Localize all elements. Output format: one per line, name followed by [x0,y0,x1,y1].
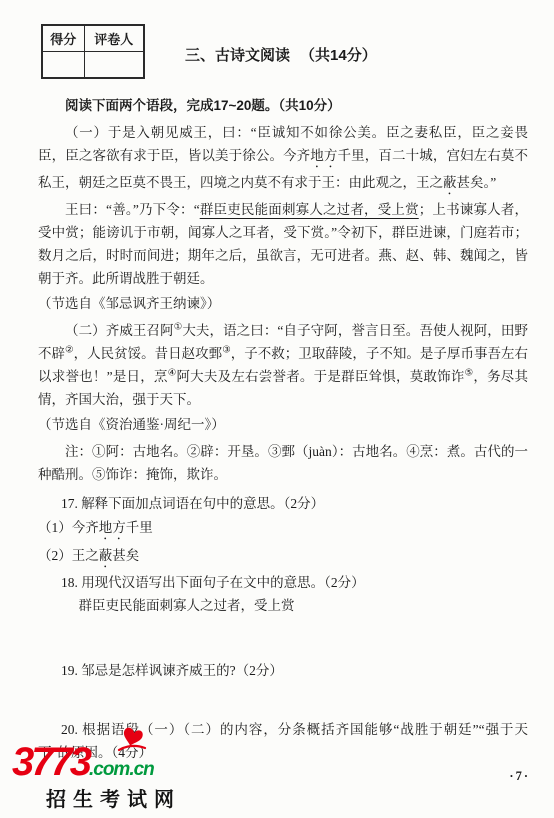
question-17-item-1: （1）今齐地方千里 [38,515,528,543]
passage-one: （一）于是入朝见威王，曰：“臣诚知不如徐公美。臣之妻私臣，臣之妾畏臣，臣之客欲有… [38,121,528,315]
heart-balloon-icon [116,724,150,759]
passage-two: （二）齐威王召阿①大夫，语之曰：“自子守阿，誉言日至。吾使人视阿，田野不辟②，人… [38,319,528,436]
passage-one-source: （节选自《邹忌讽齐王纳谏》） [38,292,528,315]
text-run: ，人民贫馁。昔日赵攻鄄 [74,346,223,361]
grader-label: 评卷人 [84,25,144,51]
section-heading: 三、古诗文阅读（共14分） [185,44,377,65]
text-run: 甚矣。” [457,175,497,190]
text-run: 千里 [126,520,153,535]
question-17: 17. 解释下面加点词语在句中的意思。（2分） [38,492,528,515]
logo-wordmark: 3773.com.cn [12,740,222,785]
text-run: （二）齐威王召阿 [65,323,174,338]
grader-cell-empty [84,51,144,78]
logo-caption: 招生考试网 [46,783,222,812]
score-label: 得分 [42,25,84,51]
text-run: （2）王之 [38,548,99,563]
text-run: （1）今齐 [38,520,99,535]
footnote-marker-3: ③ [222,346,231,356]
question-19: 19. 邹忌是怎样讽谏齐威王的?（2分） [38,659,528,682]
emphasized-word-bi: 蔽 [99,548,113,563]
reading-instructions: 阅读下面两个语段，完成17~20题。（共10分） [38,95,528,117]
score-cell-empty [42,51,84,78]
emphasized-word-bi: 蔽 [443,175,457,190]
passage-one-paragraph-2: 王曰：“善。”乃下令：“群臣吏民能面刺寡人之过者，受上赏；上书谏寡人者，受中赏；… [38,198,528,290]
passage-two-paragraph: （二）齐威王召阿①大夫，语之曰：“自子守阿，誉言日至。吾使人视阿，田野不辟②，人… [38,319,528,411]
question-18-sentence: 群臣吏民能面刺寡人之过者，受上赏 [38,594,528,617]
passage-two-source: （节选自《资治通鉴·周纪一》） [38,413,528,436]
emphasized-word-difang: 地方 [99,520,126,535]
text-run: 甚矣 [112,548,139,563]
question-17-item-2: （2）王之蔽甚矣 [38,543,528,571]
section-title: 三、古诗文阅读 [185,47,290,64]
page-header: 得分 评卷人 三、古诗文阅读（共14分） [38,24,528,79]
questions-block: 17. 解释下面加点词语在句中的意思。（2分） （1）今齐地方千里 （2）王之蔽… [38,492,528,764]
text-run: 王曰：“善。”乃下令：“ [65,202,200,217]
exam-page: 得分 评卷人 三、古诗文阅读（共14分） 阅读下面两个语段，完成17~20题。（… [0,0,554,764]
site-logo: 3773.com.cn 招生考试网 [12,740,222,812]
logo-number: 3773 [12,740,89,784]
answer-space-19 [38,682,528,718]
text-run: 阿大夫及左右尝誉者。于是群臣耸惧，莫敢饰诈 [176,369,464,384]
score-box: 得分 评卷人 [41,24,145,79]
page-number: ·7· [509,769,530,784]
section-points: （共14分） [300,47,377,64]
footnotes: 注：①阿：古地名。②辟：开垦。③鄄（juàn）：古地名。④烹：煮。古代的一种酷刑… [38,440,528,486]
footnote-marker-2: ② [65,346,74,356]
underlined-sentence: 群臣吏民能面刺寡人之过者，受上赏 [200,202,419,217]
emphasized-word-difang: 地方 [310,148,337,163]
logo-domain: .com.cn [89,759,154,780]
passage-one-paragraph-1: （一）于是入朝见威王，曰：“臣诚知不如徐公美。臣之妻私臣，臣之妾畏臣，臣之客欲有… [38,121,528,198]
question-18: 18. 用现代汉语写出下面句子在文中的意思。（2分） [38,571,528,594]
answer-space-18 [38,617,528,659]
